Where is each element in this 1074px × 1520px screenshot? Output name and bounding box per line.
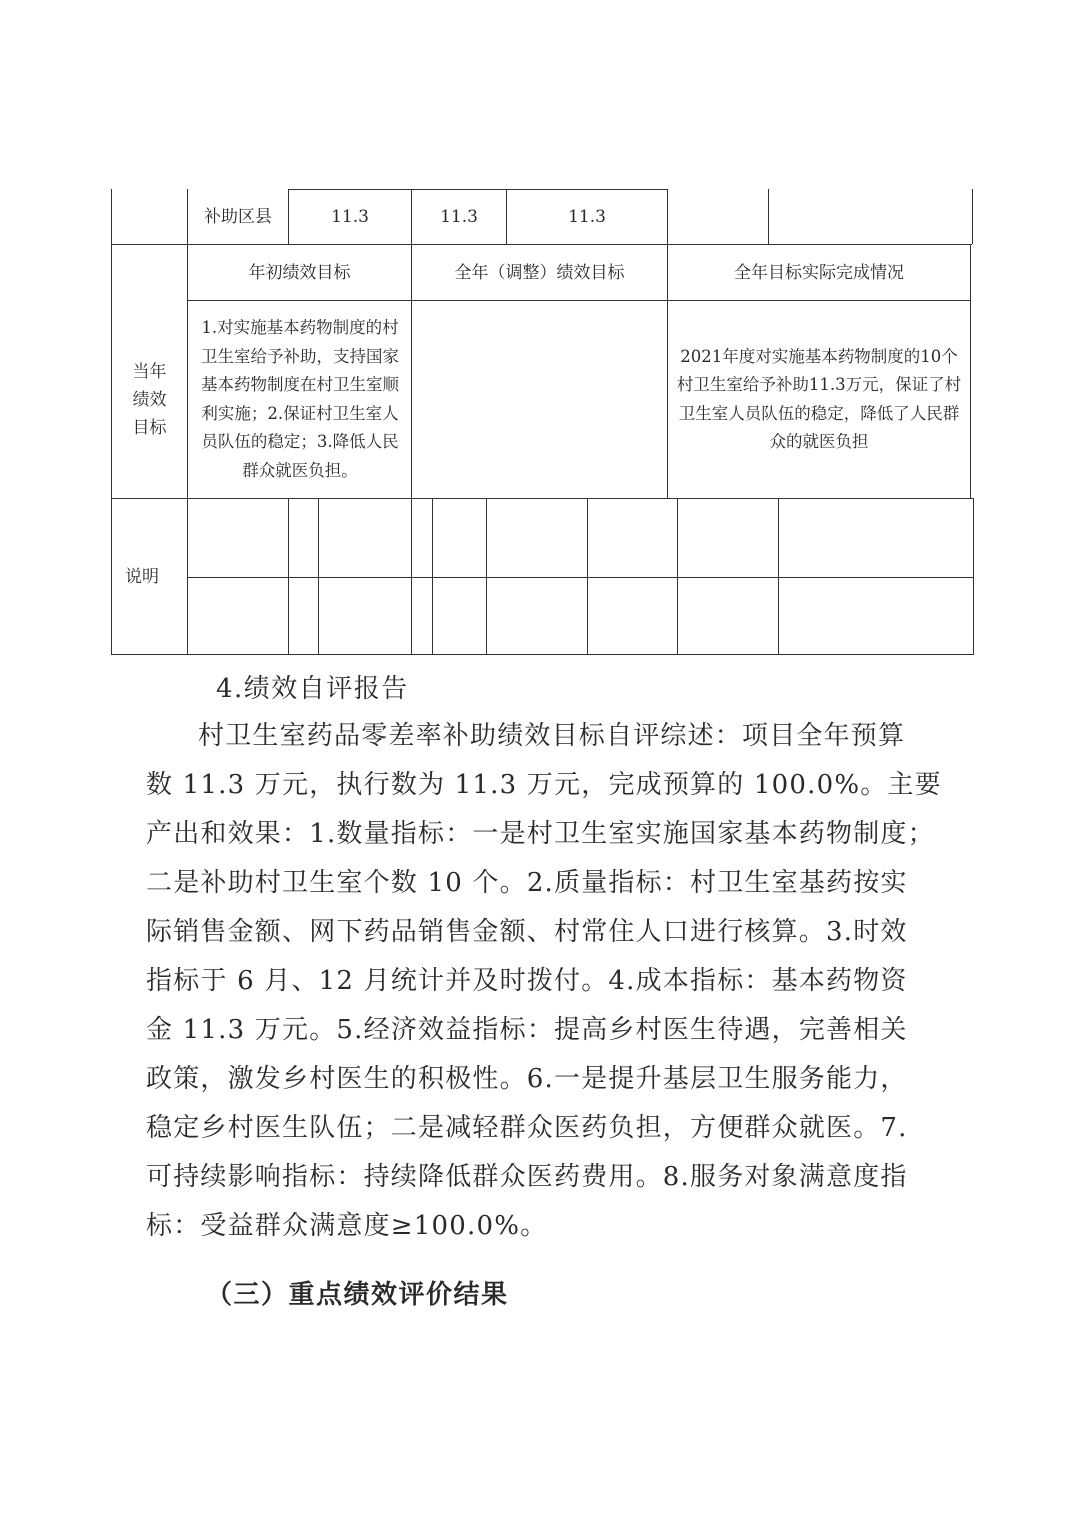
paragraph-line: 指标于 6 月、12 月统计并及时拨付。4.成本指标：基本药物资: [146, 957, 946, 1006]
table-divider: [768, 189, 769, 244]
table-border-right: [973, 498, 974, 655]
header-initial-goal: 年初绩效目标: [188, 245, 411, 300]
goals-row-label: 当年 绩效 目标: [112, 330, 187, 470]
paragraph-line: 数 11.3 万元，执行数为 11.3 万元，完成预算的 100.0%。主要: [146, 761, 946, 810]
paragraph-line: 金 11.3 万元。5.经济效益指标：提高乡村医生待遇，完善相关: [146, 1006, 946, 1055]
header-adjusted-goal: 全年（调整）绩效目标: [412, 245, 667, 300]
initial-goal-text: 1.对实施基本药物制度的村卫生室给予补助，支持国家基本药物制度在村卫生室顺利实施…: [196, 301, 404, 498]
paragraph-line: 可持续影响指标：持续降低群众医药费用。8.服务对象满意度指: [146, 1153, 946, 1202]
table-divider: [111, 498, 973, 499]
adjusted-goal-text: [412, 301, 667, 498]
section-3-heading: （三）重点绩效评价结果: [206, 1274, 509, 1311]
paragraph-line: 产出和效果：1.数量指标：一是村卫生室实施国家基本药物制度；: [146, 810, 946, 859]
table-divider: [667, 189, 668, 499]
table-border-bottom: [111, 654, 974, 655]
subsidy-value: 11.3: [289, 190, 411, 244]
table-border-right: [972, 189, 973, 244]
paragraph-line: 政策，激发乡村医生的积极性。6.一是提升基层卫生服务能力，: [146, 1055, 946, 1104]
header-actual-completion: 全年目标实际完成情况: [668, 245, 970, 300]
paragraph-line: 二是补助村卫生室个数 10 个。2.质量指标：村卫生室基药按实: [146, 859, 946, 908]
paragraph-line: 标：受益群众满意度≥100.0%。: [146, 1202, 946, 1251]
paragraph-line: 际销售金额、网下药品销售金额、村常住人口进行核算。3.时效: [146, 908, 946, 957]
paragraph-line: 村卫生室药品零差率补助绩效目标自评综述：项目全年预算: [146, 712, 946, 761]
paragraph-line: 稳定乡村医生队伍；二是减轻群众医药负担，方便群众就医。7.: [146, 1104, 946, 1153]
section-4-heading: 4.绩效自评报告: [216, 668, 409, 705]
self-evaluation-paragraph: 村卫生室药品零差率补助绩效目标自评综述：项目全年预算 数 11.3 万元，执行数…: [146, 712, 946, 1251]
subsidy-label: 补助区县: [188, 190, 288, 244]
table-divider: [187, 577, 973, 578]
subsidy-value: 11.3: [507, 190, 667, 244]
actual-completion-text: 2021年度对实施基本药物制度的10个村卫生室给予补助11.3万元，保证了村卫生…: [674, 301, 964, 498]
table-border-right: [970, 244, 971, 499]
notes-row-label: 说明: [112, 560, 172, 594]
subsidy-value: 11.3: [412, 190, 506, 244]
